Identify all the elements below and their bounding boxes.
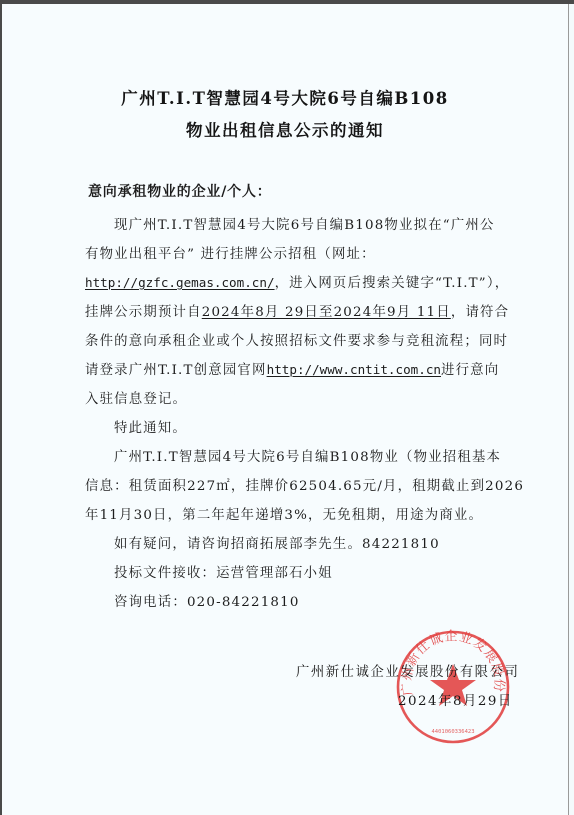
listing-period-prefix: 挂牌公示期预计自 (85, 305, 202, 320)
website-prefix: 请登录广州T.I.T创意园官网 (85, 363, 267, 378)
title-line-2: 物业出租信息公示的通知 (2, 117, 568, 141)
paragraph2-line2: 信息：租赁面积227㎡，挂牌价62504.65元/月，租期截止到2026 (85, 475, 524, 494)
signature-company: 广州新仕诚企业发展股份有限公司 (296, 661, 519, 680)
inquiry-contact: 如有疑问，请咨询招商拓展部李先生。84221810 (114, 533, 440, 552)
listing-period-dates: 2024年8月 29日至2024年9月 11日 (202, 305, 451, 320)
paragraph1-line3: http://gzfc.gemas.com.cn/，进入网页后搜索关键字“T.I… (85, 272, 509, 291)
svg-text:4401060336423: 4401060336423 (431, 729, 474, 735)
paragraph2-line3: 年11月30日，第二年起年递增3%，无免租期，用途为商业。 (85, 504, 483, 523)
paragraph1-line1: 现广州T.I.T智慧园4号大院6号自编B108物业拟在“广州公 (114, 214, 495, 233)
page-right-edge (568, 4, 574, 815)
platform-link[interactable]: http://gzfc.gemas.com.cn/ (85, 275, 275, 290)
paragraph1-line5: 条件的意向承租企业或个人按照招标文件要求参与竞租流程；同时 (85, 330, 508, 349)
official-website-link[interactable]: http://www.cntit.com.cn (267, 362, 441, 377)
phone-contact: 咨询电话：020-84221810 (114, 591, 300, 610)
bid-receipt-contact: 投标文件接收：运营管理部石小姐 (114, 562, 333, 581)
paragraph1-line2: 有物业出租平台” 进行挂牌公示招租（网址： (85, 243, 376, 262)
paragraph1-line3-rest: ，进入网页后搜索关键字“T.I.T”）， (275, 276, 510, 291)
paragraph1-line6: 请登录广州T.I.T创意园官网http://www.cntit.com.cn进行… (85, 359, 499, 378)
company-seal-icon: 广州新仕诚企业发展股份有限公司 4401060336423 (394, 628, 512, 746)
closing-text: 特此通知。 (114, 417, 187, 436)
paragraph1-line4: 挂牌公示期预计自2024年8月 29日至2024年9月 11日，请符合 (85, 301, 509, 320)
title-line-1: 广州T.I.T智慧园4号大院6号自编B108 (2, 85, 568, 109)
document-page: 广州T.I.T智慧园4号大院6号自编B108 物业出租信息公示的通知 意向承租物… (2, 4, 568, 815)
paragraph2-line1: 广州T.I.T智慧园4号大院6号自编B108物业（物业招租基本 (114, 446, 501, 465)
website-suffix: 进行意向 (441, 363, 499, 378)
listing-period-suffix: ，请符合 (451, 305, 509, 320)
signature-date: 2024年8月29日 (398, 690, 513, 709)
salutation: 意向承租物业的企业/个人： (88, 181, 272, 201)
paragraph1-line7: 入驻信息登记。 (85, 388, 187, 407)
